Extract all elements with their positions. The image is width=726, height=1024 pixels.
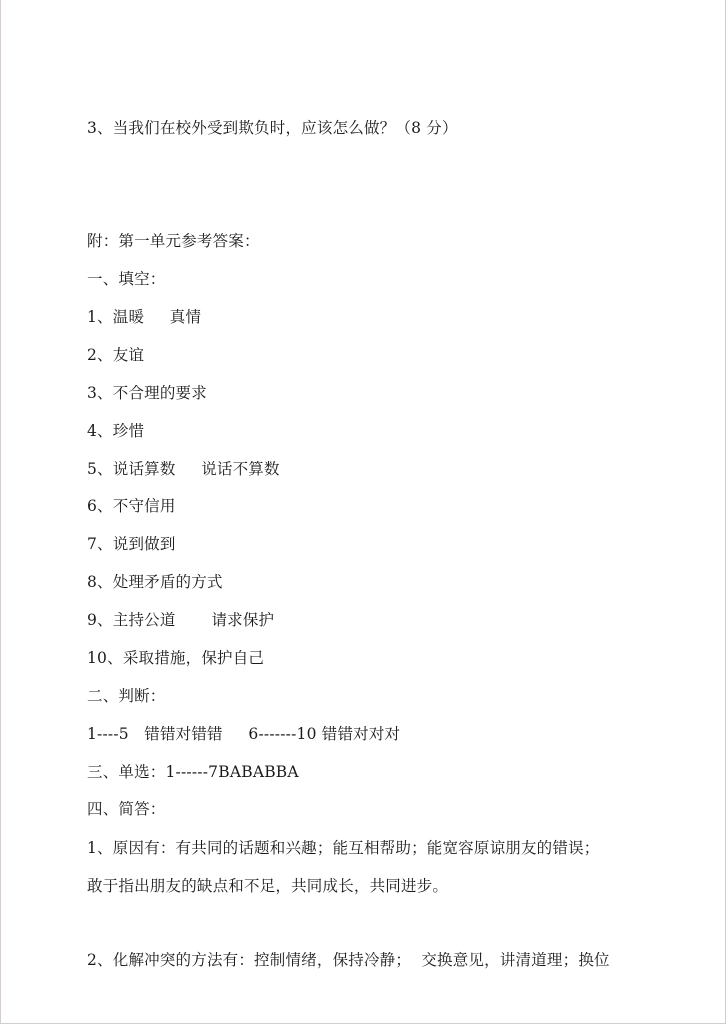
fill-blank-answer-10: 10、采取措施，保护自己 bbox=[87, 648, 264, 668]
fill-blank-answer-8: 8、处理矛盾的方式 bbox=[87, 572, 223, 592]
document-page: 3、当我们在校外受到欺负时，应该怎么做？（8 分） 附：第一单元参考答案： 一、… bbox=[0, 0, 726, 1024]
fill-blank-answer-4: 4、珍惜 bbox=[87, 421, 144, 441]
single-choice-answers: 三、单选：1------7BABABBA bbox=[87, 762, 299, 782]
appendix-title: 附：第一单元参考答案： bbox=[87, 231, 260, 251]
fill-blank-answer-1: 1、温暖 真情 bbox=[87, 307, 201, 327]
section-short-answer-heading: 四、简答： bbox=[87, 799, 166, 819]
fill-blank-answer-2: 2、友谊 bbox=[87, 345, 144, 365]
true-false-answers: 1----5 错错对错错 6-------10 错错对对对 bbox=[87, 724, 400, 744]
short-answer-1-line-1: 1、原因有：有共同的话题和兴趣；能互相帮助；能宽容原谅朋友的错误； bbox=[87, 838, 599, 858]
fill-blank-answer-5: 5、说话算数 说话不算数 bbox=[87, 459, 280, 479]
short-answer-1-line-2: 敢于指出朋友的缺点和不足，共同成长，共同进步。 bbox=[87, 876, 448, 896]
section-true-false-heading: 二、判断： bbox=[87, 686, 166, 706]
fill-blank-answer-7: 7、说到做到 bbox=[87, 534, 176, 554]
section-fill-blank-heading: 一、填空： bbox=[87, 269, 166, 289]
fill-blank-answer-3: 3、不合理的要求 bbox=[87, 383, 207, 403]
fill-blank-answer-9: 9、主持公道 请求保护 bbox=[87, 610, 274, 630]
short-answer-2-line-1: 2、化解冲突的方法有：控制情绪，保持冷静； 交换意见，讲清道理；换位 bbox=[87, 950, 610, 970]
question-3: 3、当我们在校外受到欺负时，应该怎么做？（8 分） bbox=[87, 118, 458, 138]
fill-blank-answer-6: 6、不守信用 bbox=[87, 496, 176, 516]
